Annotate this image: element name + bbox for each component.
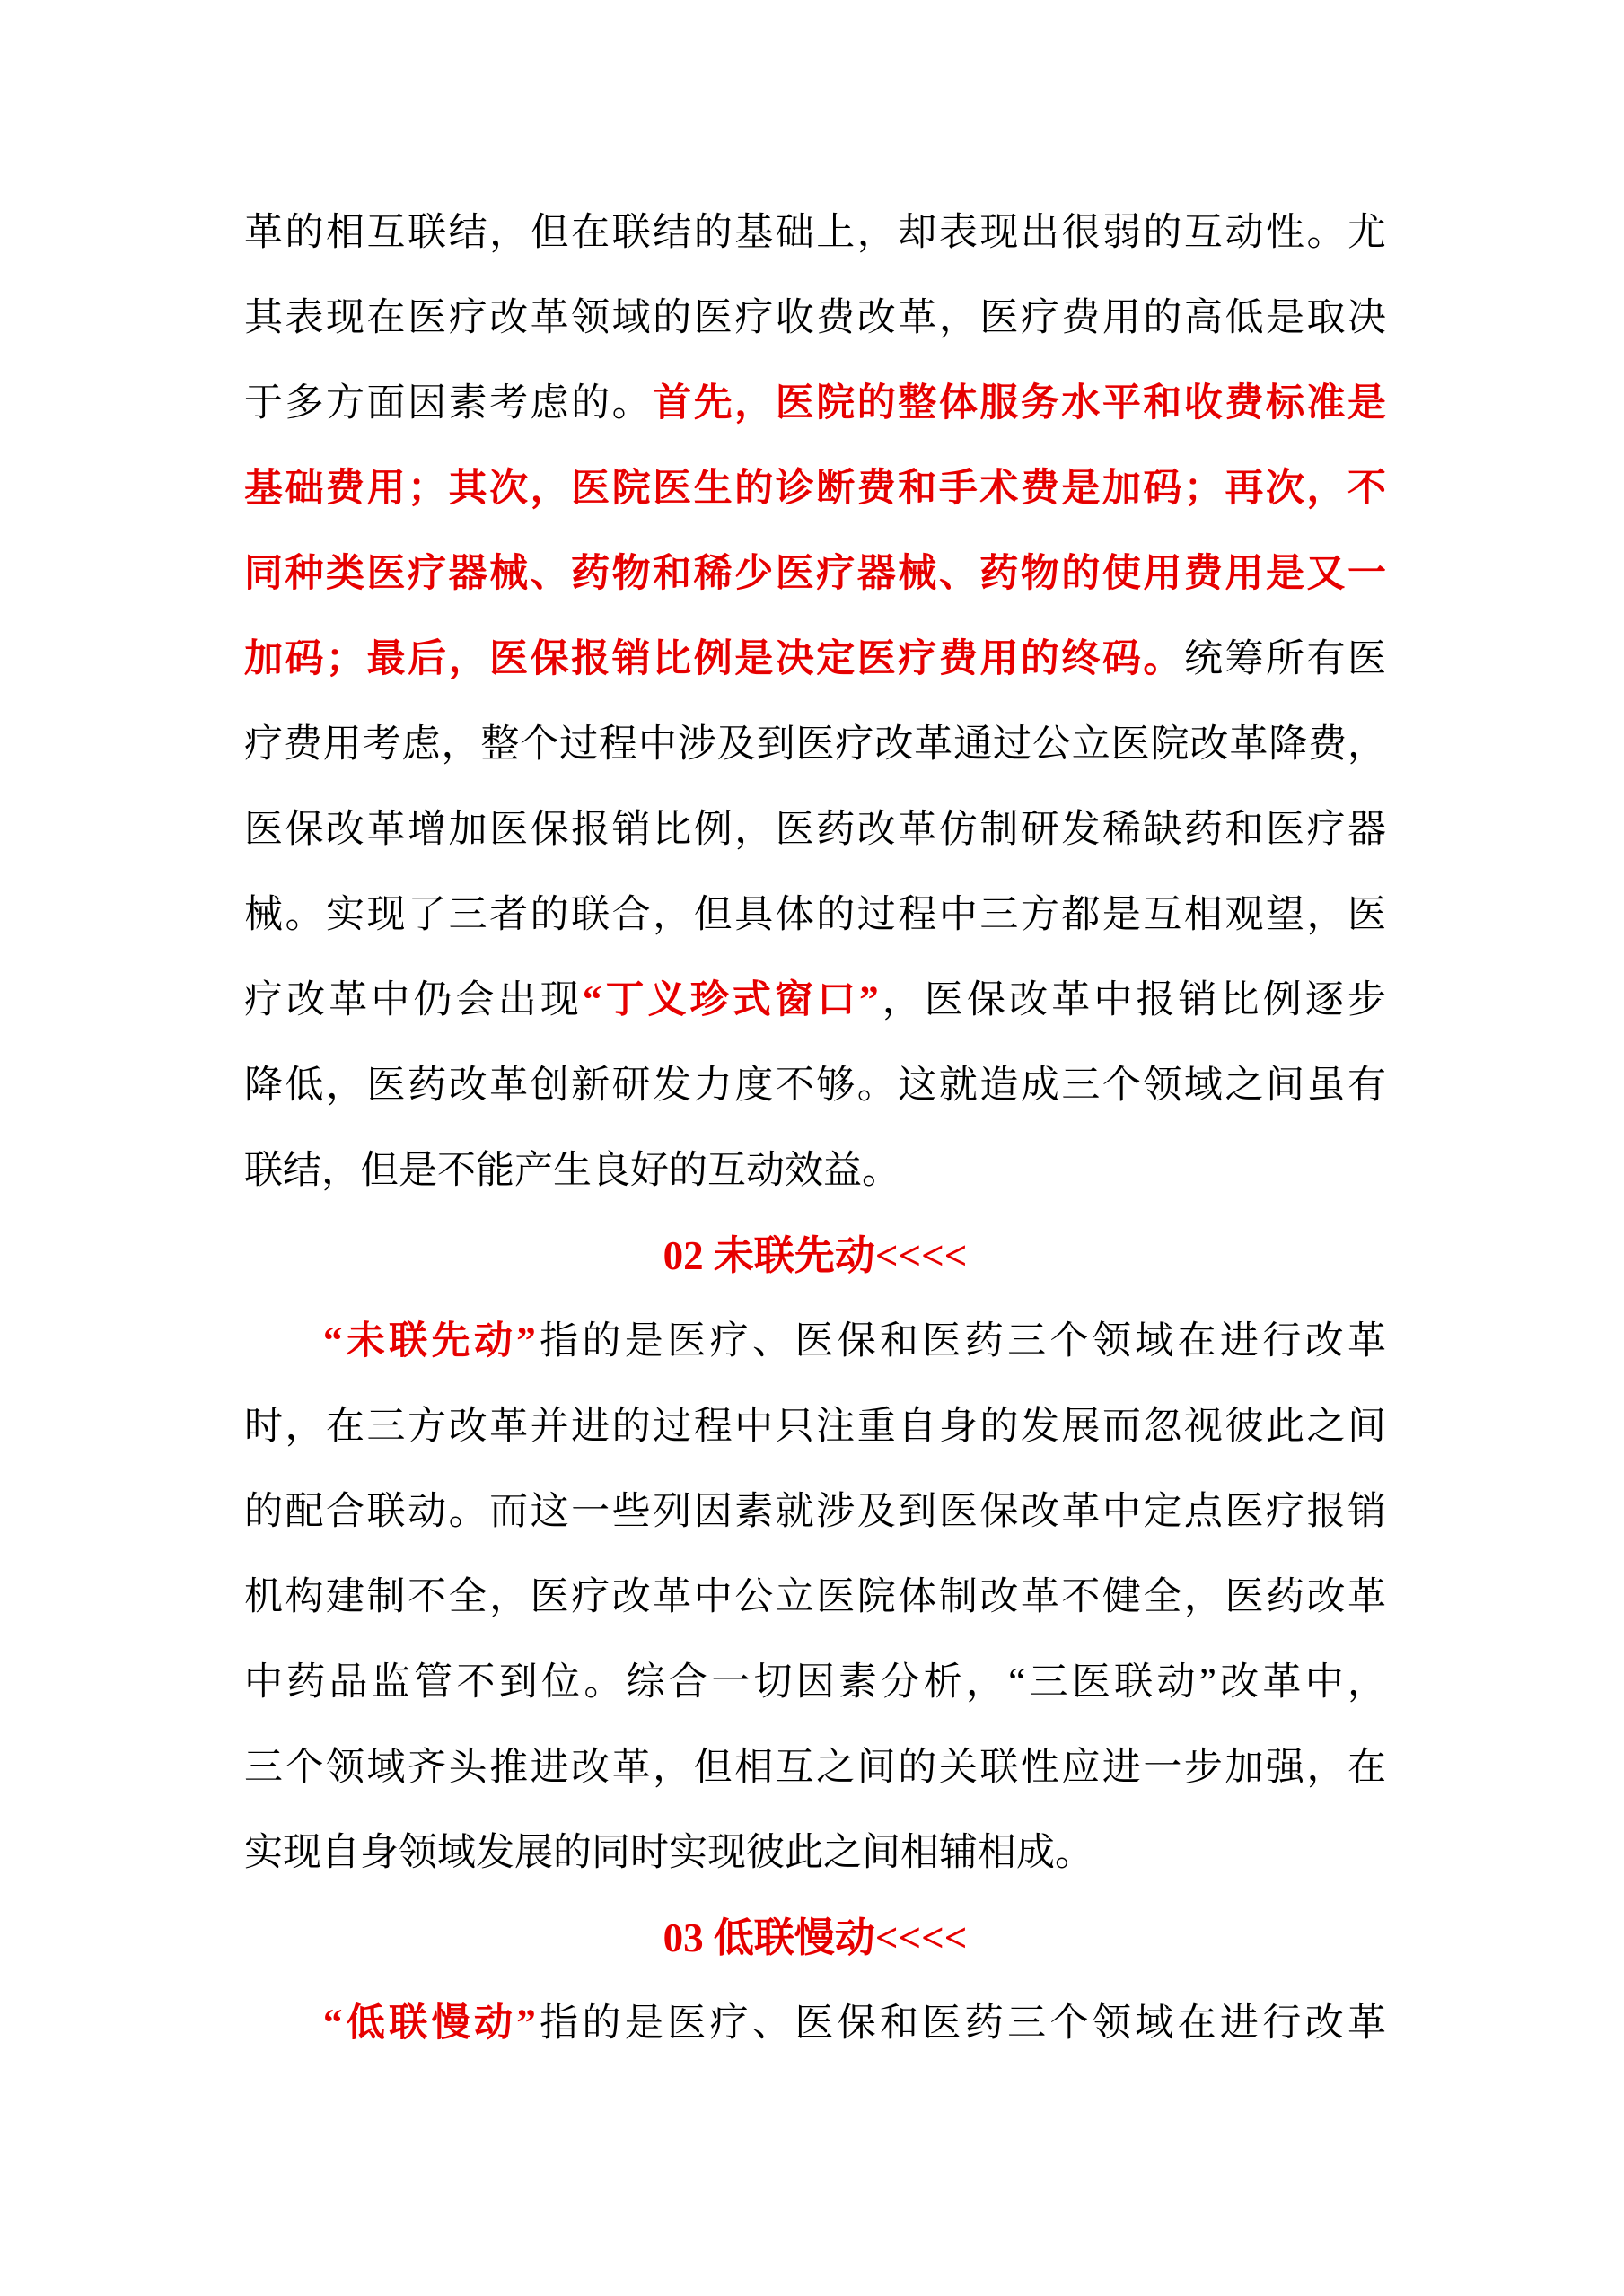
body-text: 实现自身领域发展的同时实现彼此之间相辅相成。: [244, 1832, 1093, 1874]
emphasis-text: 首先，医院的整体服务水平和收费标准是: [653, 382, 1386, 425]
text-line: 革的相互联结，但在联结的基础上，却表现出很弱的互动性。尤: [244, 190, 1386, 276]
text-line: 中药品监管不到位。综合一切因素分析，“三医联动”改革中，: [244, 1640, 1386, 1725]
emphasis-text: “未联先动”: [323, 1320, 536, 1363]
body-text: 于多方面因素考虑的。: [244, 382, 653, 425]
text-line: 实现自身领域发展的同时实现彼此之间相辅相成。: [244, 1810, 1386, 1896]
text-line: 加码；最后，医保报销比例是决定医疗费用的终码。统筹所有医: [244, 617, 1386, 702]
text-line: 医保改革增加医保报销比例，医药改革仿制研发稀缺药和医疗器: [244, 787, 1386, 872]
document-body: 革的相互联结，但在联结的基础上，却表现出很弱的互动性。尤其表现在医疗改革领域的医…: [244, 190, 1386, 2066]
body-text: 械。实现了三者的联合，但具体的过程中三方都是互相观望，医: [244, 894, 1386, 936]
body-text: 其表现在医疗改革领域的医疗收费改革，医疗费用的高低是取决: [244, 297, 1386, 339]
text-line: 械。实现了三者的联合，但具体的过程中三方都是互相观望，医: [244, 872, 1386, 958]
text-line: 三个领域齐头推进改革，但相互之间的关联性应进一步加强，在: [244, 1725, 1386, 1810]
emphasis-text: 同种类医疗器械、药物和稀少医疗器械、药物的使用费用是又一: [244, 553, 1386, 595]
body-text: 中药品监管不到位。综合一切因素分析，“三医联动”改革中，: [244, 1661, 1386, 1704]
emphasis-text: 基础费用；其次，医院医生的诊断费和手术费是加码；再次，不: [244, 468, 1386, 510]
text-line: “未联先动”指的是医疗、医保和医药三个领域在进行改革: [244, 1299, 1386, 1384]
section-heading: 02 未联先动<<<<: [244, 1214, 1386, 1299]
body-text: 机构建制不全，医疗改革中公立医院体制改革不健全，医药改革: [244, 1576, 1386, 1618]
emphasis-text: 02 未联先动<<<<: [663, 1233, 968, 1278]
emphasis-text: 03 低联慢动<<<<: [663, 1915, 968, 1960]
text-line: 时，在三方改革并进的过程中只注重自身的发展而忽视彼此之间: [244, 1384, 1386, 1469]
emphasis-text: “丁义珍式窗口”: [583, 979, 879, 1021]
text-line: 于多方面因素考虑的。首先，医院的整体服务水平和收费标准是: [244, 361, 1386, 446]
section-heading: 03 低联慢动<<<<: [244, 1896, 1386, 1981]
text-line: 同种类医疗器械、药物和稀少医疗器械、药物的使用费用是又一: [244, 531, 1386, 617]
text-line: 机构建制不全，医疗改革中公立医院体制改革不健全，医药改革: [244, 1555, 1386, 1640]
body-text: ，医保改革中报销比例逐步: [879, 979, 1386, 1021]
text-line: 的配合联动。而这一些列因素就涉及到医保改革中定点医疗报销: [244, 1469, 1386, 1555]
body-text: 指的是医疗、医保和医药三个领域在进行改革: [536, 2002, 1386, 2045]
body-text: 统筹所有医: [1184, 638, 1386, 680]
text-line: 降低，医药改革创新研发力度不够。这就造成三个领域之间虽有: [244, 1043, 1386, 1128]
body-text: 疗改革中仍会出现: [244, 979, 583, 1021]
text-line: 疗费用考虑，整个过程中涉及到医疗改革通过公立医院改革降费，: [244, 702, 1386, 787]
body-text: 疗费用考虑，整个过程中涉及到医疗改革通过公立医院改革降费，: [244, 723, 1386, 766]
body-text: 三个领域齐头推进改革，但相互之间的关联性应进一步加强，在: [244, 1747, 1386, 1789]
body-text: 革的相互联结，但在联结的基础上，却表现出很弱的互动性。尤: [244, 212, 1386, 254]
text-line: 其表现在医疗改革领域的医疗收费改革，医疗费用的高低是取决: [244, 276, 1386, 361]
text-line: “低联慢动”指的是医疗、医保和医药三个领域在进行改革: [244, 1981, 1386, 2066]
body-text: 指的是医疗、医保和医药三个领域在进行改革: [536, 1320, 1386, 1363]
emphasis-text: “低联慢动”: [323, 2002, 536, 2045]
text-line: 联结，但是不能产生良好的互动效益。: [244, 1128, 1386, 1214]
body-text: 降低，医药改革创新研发力度不够。这就造成三个领域之间虽有: [244, 1065, 1386, 1107]
text-line: 基础费用；其次，医院医生的诊断费和手术费是加码；再次，不: [244, 446, 1386, 531]
text-line: 疗改革中仍会出现“丁义珍式窗口”，医保改革中报销比例逐步: [244, 958, 1386, 1043]
document-page: 革的相互联结，但在联结的基础上，却表现出很弱的互动性。尤其表现在医疗改革领域的医…: [0, 0, 1624, 2296]
body-text: 联结，但是不能产生良好的互动效益。: [244, 1150, 900, 1192]
emphasis-text: 加码；最后，医保报销比例是决定医疗费用的终码。: [244, 638, 1184, 680]
body-text: 的配合联动。而这一些列因素就涉及到医保改革中定点医疗报销: [244, 1491, 1386, 1533]
body-text: 医保改革增加医保报销比例，医药改革仿制研发稀缺药和医疗器: [244, 809, 1386, 851]
body-text: 时，在三方改革并进的过程中只注重自身的发展而忽视彼此之间: [244, 1406, 1386, 1448]
